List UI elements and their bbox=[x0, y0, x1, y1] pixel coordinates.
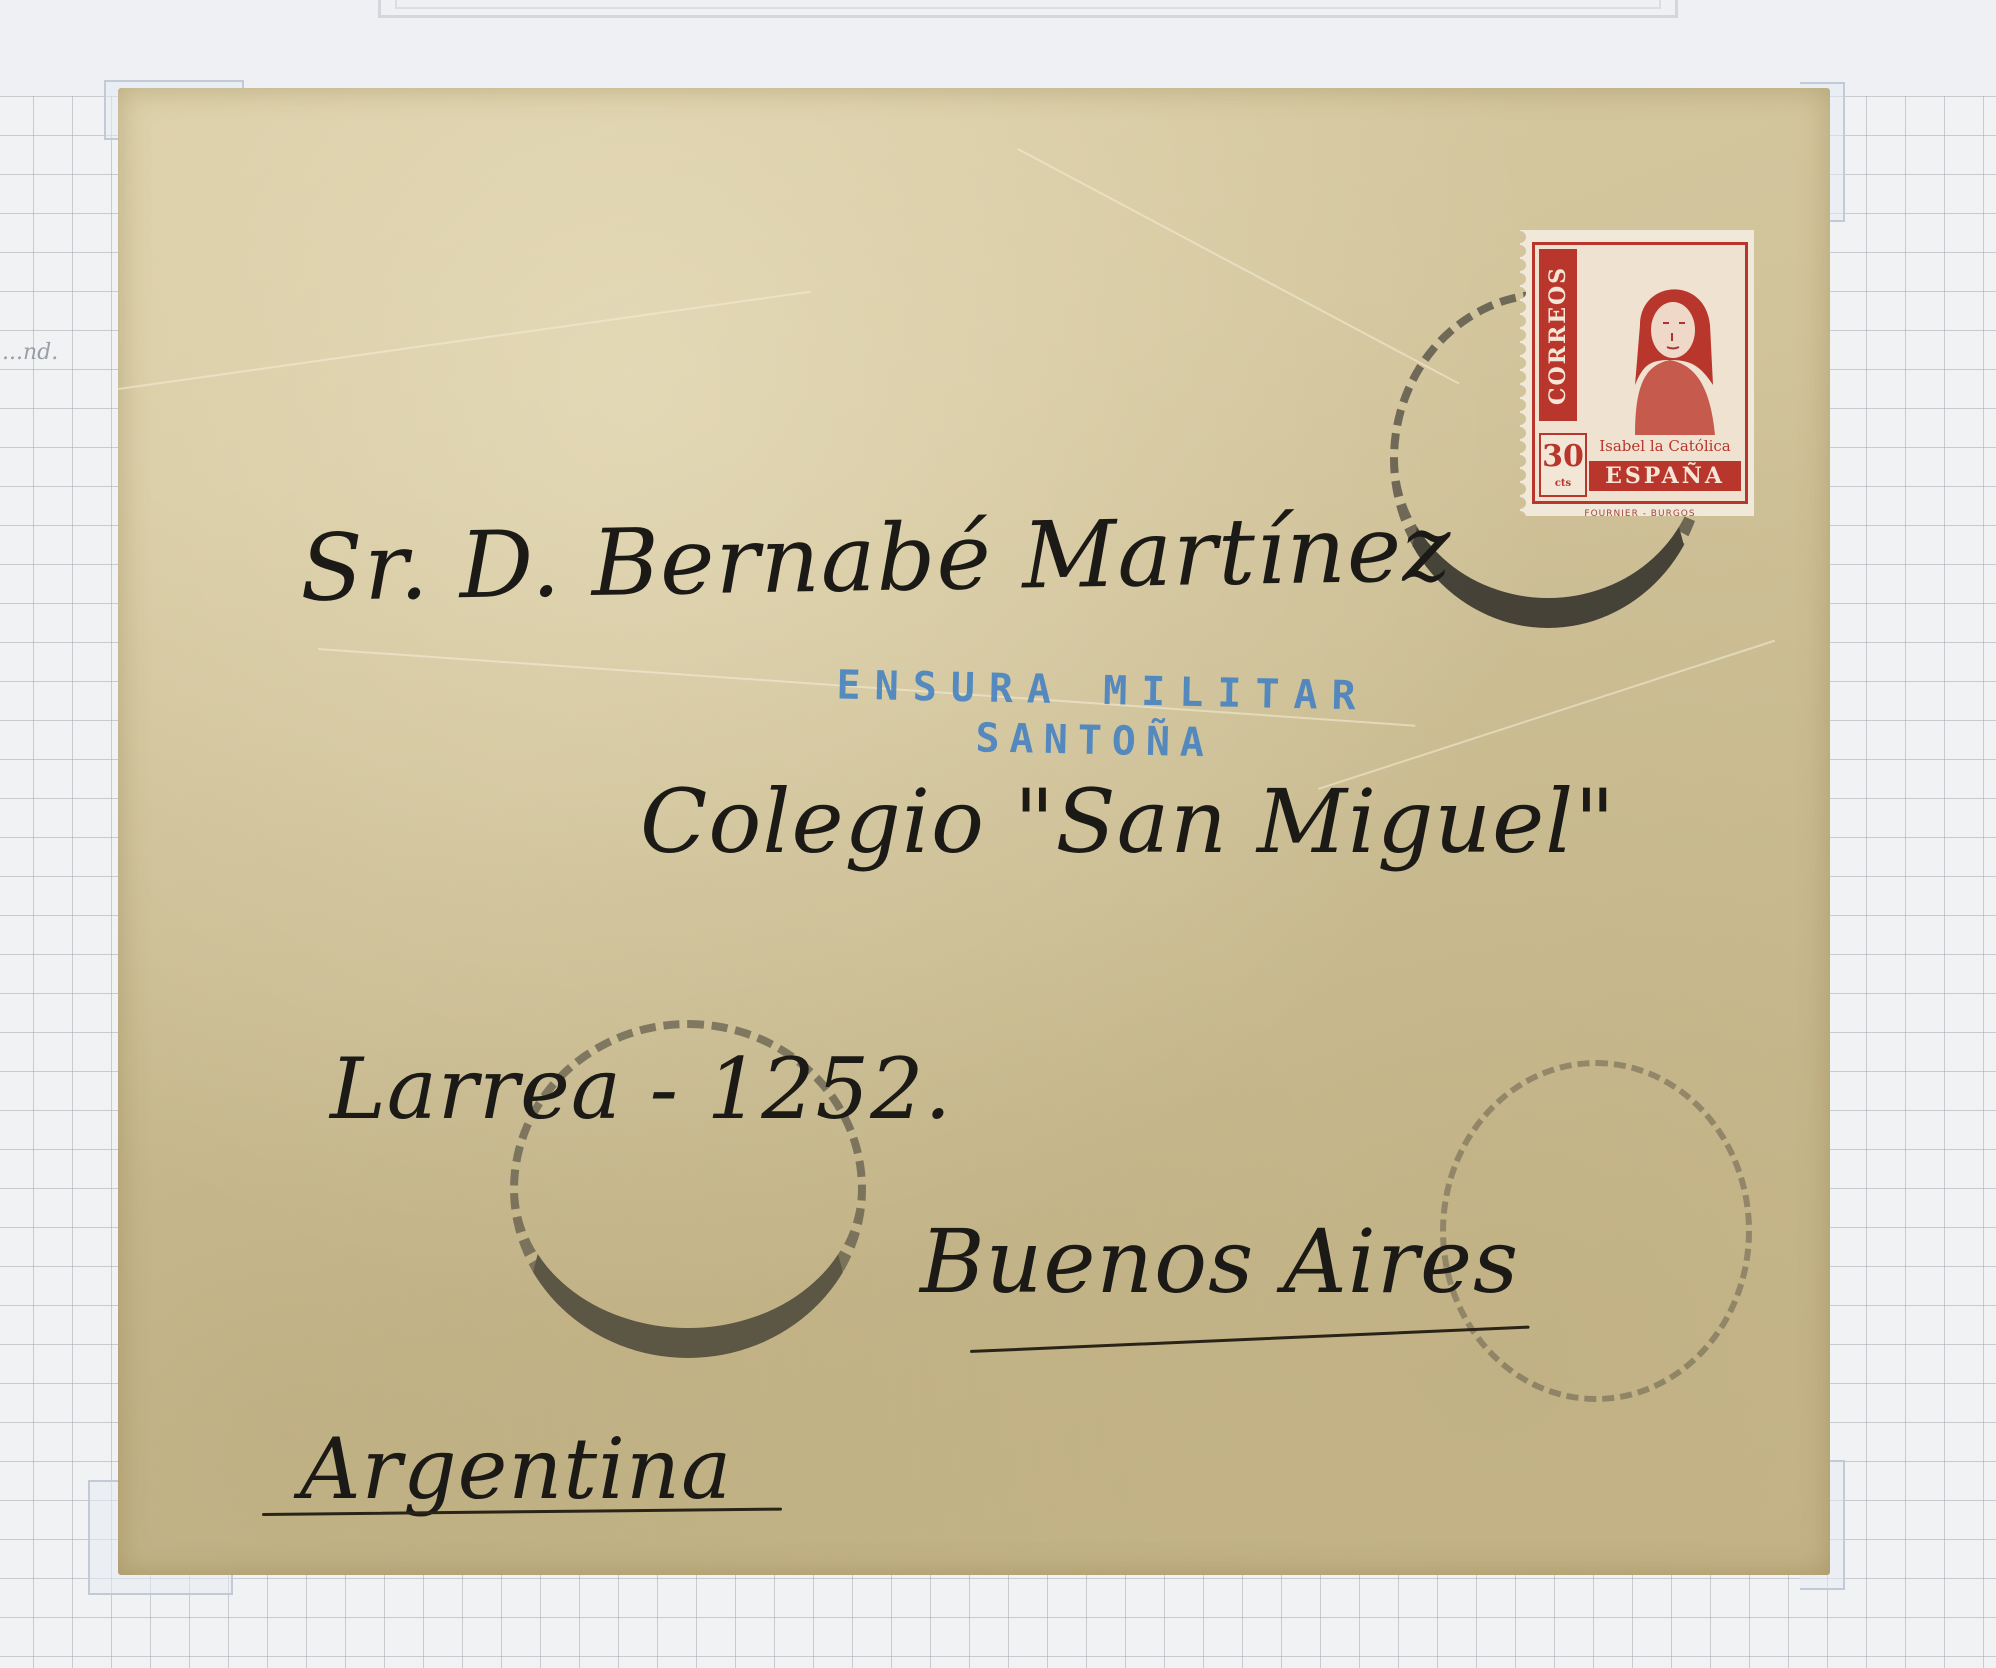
album-page-frame bbox=[378, 0, 1678, 18]
paper-crease bbox=[1017, 148, 1459, 385]
margin-pencil-note: ...nd. bbox=[2, 340, 58, 365]
address-line-city: Buenos Aires bbox=[920, 1210, 1519, 1313]
stamp-side-label: CORREOS bbox=[1539, 249, 1577, 421]
paper-crease bbox=[118, 291, 811, 390]
album-page-top bbox=[0, 0, 1996, 96]
address-line-school: Colegio "San Miguel" bbox=[640, 770, 1616, 873]
stamp-country: ESPAÑA bbox=[1589, 461, 1741, 491]
censor-line-1: ENSURA MILITAR bbox=[836, 662, 1370, 719]
address-line-name: Sr. D. Bernabé Martínez bbox=[299, 495, 1452, 622]
paper-crease bbox=[1318, 640, 1775, 790]
censor-mark: ENSURA MILITAR SANTOÑA bbox=[835, 662, 1370, 769]
portrait-icon bbox=[1605, 265, 1735, 435]
censor-line-2: SANTOÑA bbox=[975, 715, 1369, 769]
postage-stamp: CORREOS 30cts Isabel la Católica ESPAÑA … bbox=[1520, 230, 1760, 516]
stamp-frame: CORREOS 30cts Isabel la Católica ESPAÑA … bbox=[1532, 242, 1748, 504]
address-line-street: Larrea - 1252. bbox=[330, 1040, 952, 1138]
stamp-value: 30cts bbox=[1539, 433, 1587, 497]
address-line-country: Argentina bbox=[300, 1420, 732, 1518]
stamp-name: Isabel la Católica bbox=[1589, 435, 1741, 457]
